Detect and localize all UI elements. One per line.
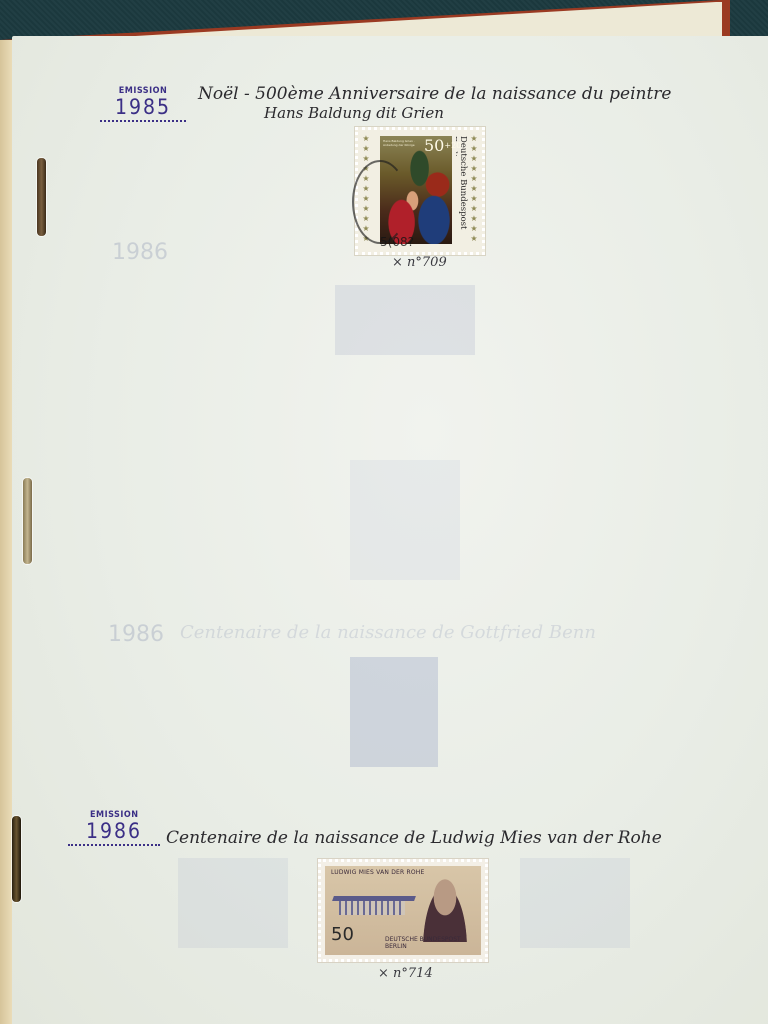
- postmark-text: 5(08?: [380, 235, 414, 249]
- ghost-emission-2: 1986: [108, 622, 164, 647]
- binder-slot-bottom: [12, 816, 21, 902]
- postmark-circle: [352, 160, 408, 244]
- ghost-stamp-3: [350, 657, 438, 767]
- stamp-1985-baldung-grien: ★★★★★★★★★★★ Hans Baldung Grien · Anbetun…: [355, 127, 485, 255]
- emission-year: 1986: [68, 820, 160, 842]
- caption-1985-line1: Noël - 500ème Anniversaire de la naissan…: [198, 84, 672, 104]
- stamp-country-text: DEUTSCHE BUNDESPOST BERLIN: [385, 936, 481, 950]
- stamp-design: LUDWIG MIES VAN DER ROHE 50 DEUTSCHE BUN…: [325, 866, 481, 955]
- ghost-stamp-4: [178, 858, 288, 948]
- caption-1986: Centenaire de la naissance de Ludwig Mie…: [166, 828, 662, 848]
- stamp-value: 50: [331, 924, 354, 945]
- national-gallery-building: [333, 892, 415, 920]
- portrait-mies-van-der-rohe: [417, 870, 473, 942]
- emission-stamp-1985: EMISSION 1985: [100, 86, 186, 122]
- caption-1985-line2: Hans Baldung dit Grien: [264, 104, 444, 122]
- catalog-ref-714: × n°714: [378, 966, 433, 981]
- building-glass: [339, 901, 405, 915]
- ghost-stamp-1: [335, 285, 475, 355]
- stamp-country-text: Deutsche Bundespost Berlin: [456, 136, 468, 244]
- ghost-year: 1986: [112, 240, 168, 265]
- stamp-1986-mies-van-der-rohe: LUDWIG MIES VAN DER ROHE 50 DEUTSCHE BUN…: [318, 859, 488, 962]
- emission-year: 1985: [100, 96, 186, 118]
- catalog-ref-709: × n°709: [392, 255, 447, 270]
- ghost-caption-2: Centenaire de la naissance de Gottfried …: [180, 622, 596, 643]
- emission-stamp-1986: EMISSION 1986: [68, 810, 160, 846]
- ghost-stamp-2: [350, 460, 460, 580]
- stamp-top-text: LUDWIG MIES VAN DER ROHE: [331, 869, 424, 876]
- binder-slot-top: [37, 158, 46, 236]
- page-stack-edge: [0, 40, 12, 1024]
- ghost-emission-1: 1986: [112, 240, 168, 265]
- binder-slot-middle: [23, 478, 32, 564]
- stamp-inscription: Hans Baldung Grien · Anbetung der Könige: [383, 139, 419, 147]
- star-border-right: ★★★★★★★★★★★: [469, 134, 479, 244]
- ghost-year: 1986: [108, 622, 164, 647]
- ghost-stamp-5: [520, 858, 630, 948]
- value-number: 50: [424, 136, 444, 155]
